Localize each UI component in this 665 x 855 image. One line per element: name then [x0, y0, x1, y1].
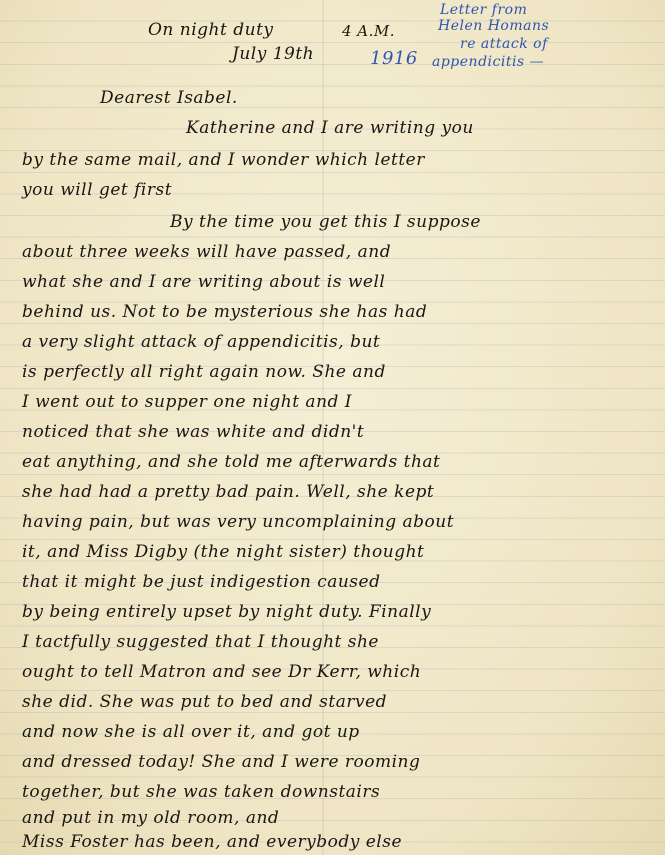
- body-line: is perfectly all right again now. She an…: [22, 362, 386, 382]
- letter-page: On night duty 4 A.M. July 19th 1916 Lett…: [0, 0, 665, 855]
- body-line: and dressed today! She and I were roomin…: [22, 752, 420, 772]
- body-line: that it might be just indigestion caused: [22, 572, 380, 592]
- salutation: Dearest Isabel.: [100, 88, 238, 108]
- body-line: Katherine and I are writing you: [186, 118, 474, 138]
- body-line: together, but she was taken downstairs: [22, 782, 380, 802]
- body-line: noticed that she was white and didn't: [22, 422, 364, 442]
- body-line: she had had a pretty bad pain. Well, she…: [22, 482, 434, 502]
- body-line: by the same mail, and I wonder which let…: [22, 150, 425, 170]
- body-line: and put in my old room, and: [22, 808, 279, 828]
- archive-note-line: Letter from: [440, 2, 527, 18]
- body-line: by being entirely upset by night duty. F…: [22, 602, 431, 622]
- body-line: she did. She was put to bed and starved: [22, 692, 387, 712]
- body-line: a very slight attack of appendicitis, bu…: [22, 332, 380, 352]
- body-line: ought to tell Matron and see Dr Kerr, wh…: [22, 662, 421, 682]
- archive-note-line: Helen Homans: [438, 18, 549, 34]
- body-line: I tactfully suggested that I thought she: [22, 632, 379, 652]
- body-line: I went out to supper one night and I: [22, 392, 352, 412]
- body-line: eat anything, and she told me afterwards…: [22, 452, 440, 472]
- body-line: having pain, but was very uncomplaining …: [22, 512, 454, 532]
- body-line: about three weeks will have passed, and: [22, 242, 391, 262]
- year-annotation: 1916: [370, 48, 418, 69]
- time-line: 4 A.M.: [342, 22, 395, 40]
- date-line: July 19th: [232, 44, 314, 64]
- archive-note-line: appendicitis —: [432, 54, 544, 70]
- body-line: you will get first: [22, 180, 172, 200]
- archive-note-line: re attack of: [460, 36, 548, 52]
- body-line: Miss Foster has been, and everybody else: [22, 832, 402, 852]
- body-line: what she and I are writing about is well: [22, 272, 385, 292]
- body-line: behind us. Not to be mysterious she has …: [22, 302, 427, 322]
- body-line: By the time you get this I suppose: [170, 212, 481, 232]
- location-line: On night duty: [148, 20, 274, 40]
- body-line: and now she is all over it, and got up: [22, 722, 360, 742]
- body-line: it, and Miss Digby (the night sister) th…: [22, 542, 424, 562]
